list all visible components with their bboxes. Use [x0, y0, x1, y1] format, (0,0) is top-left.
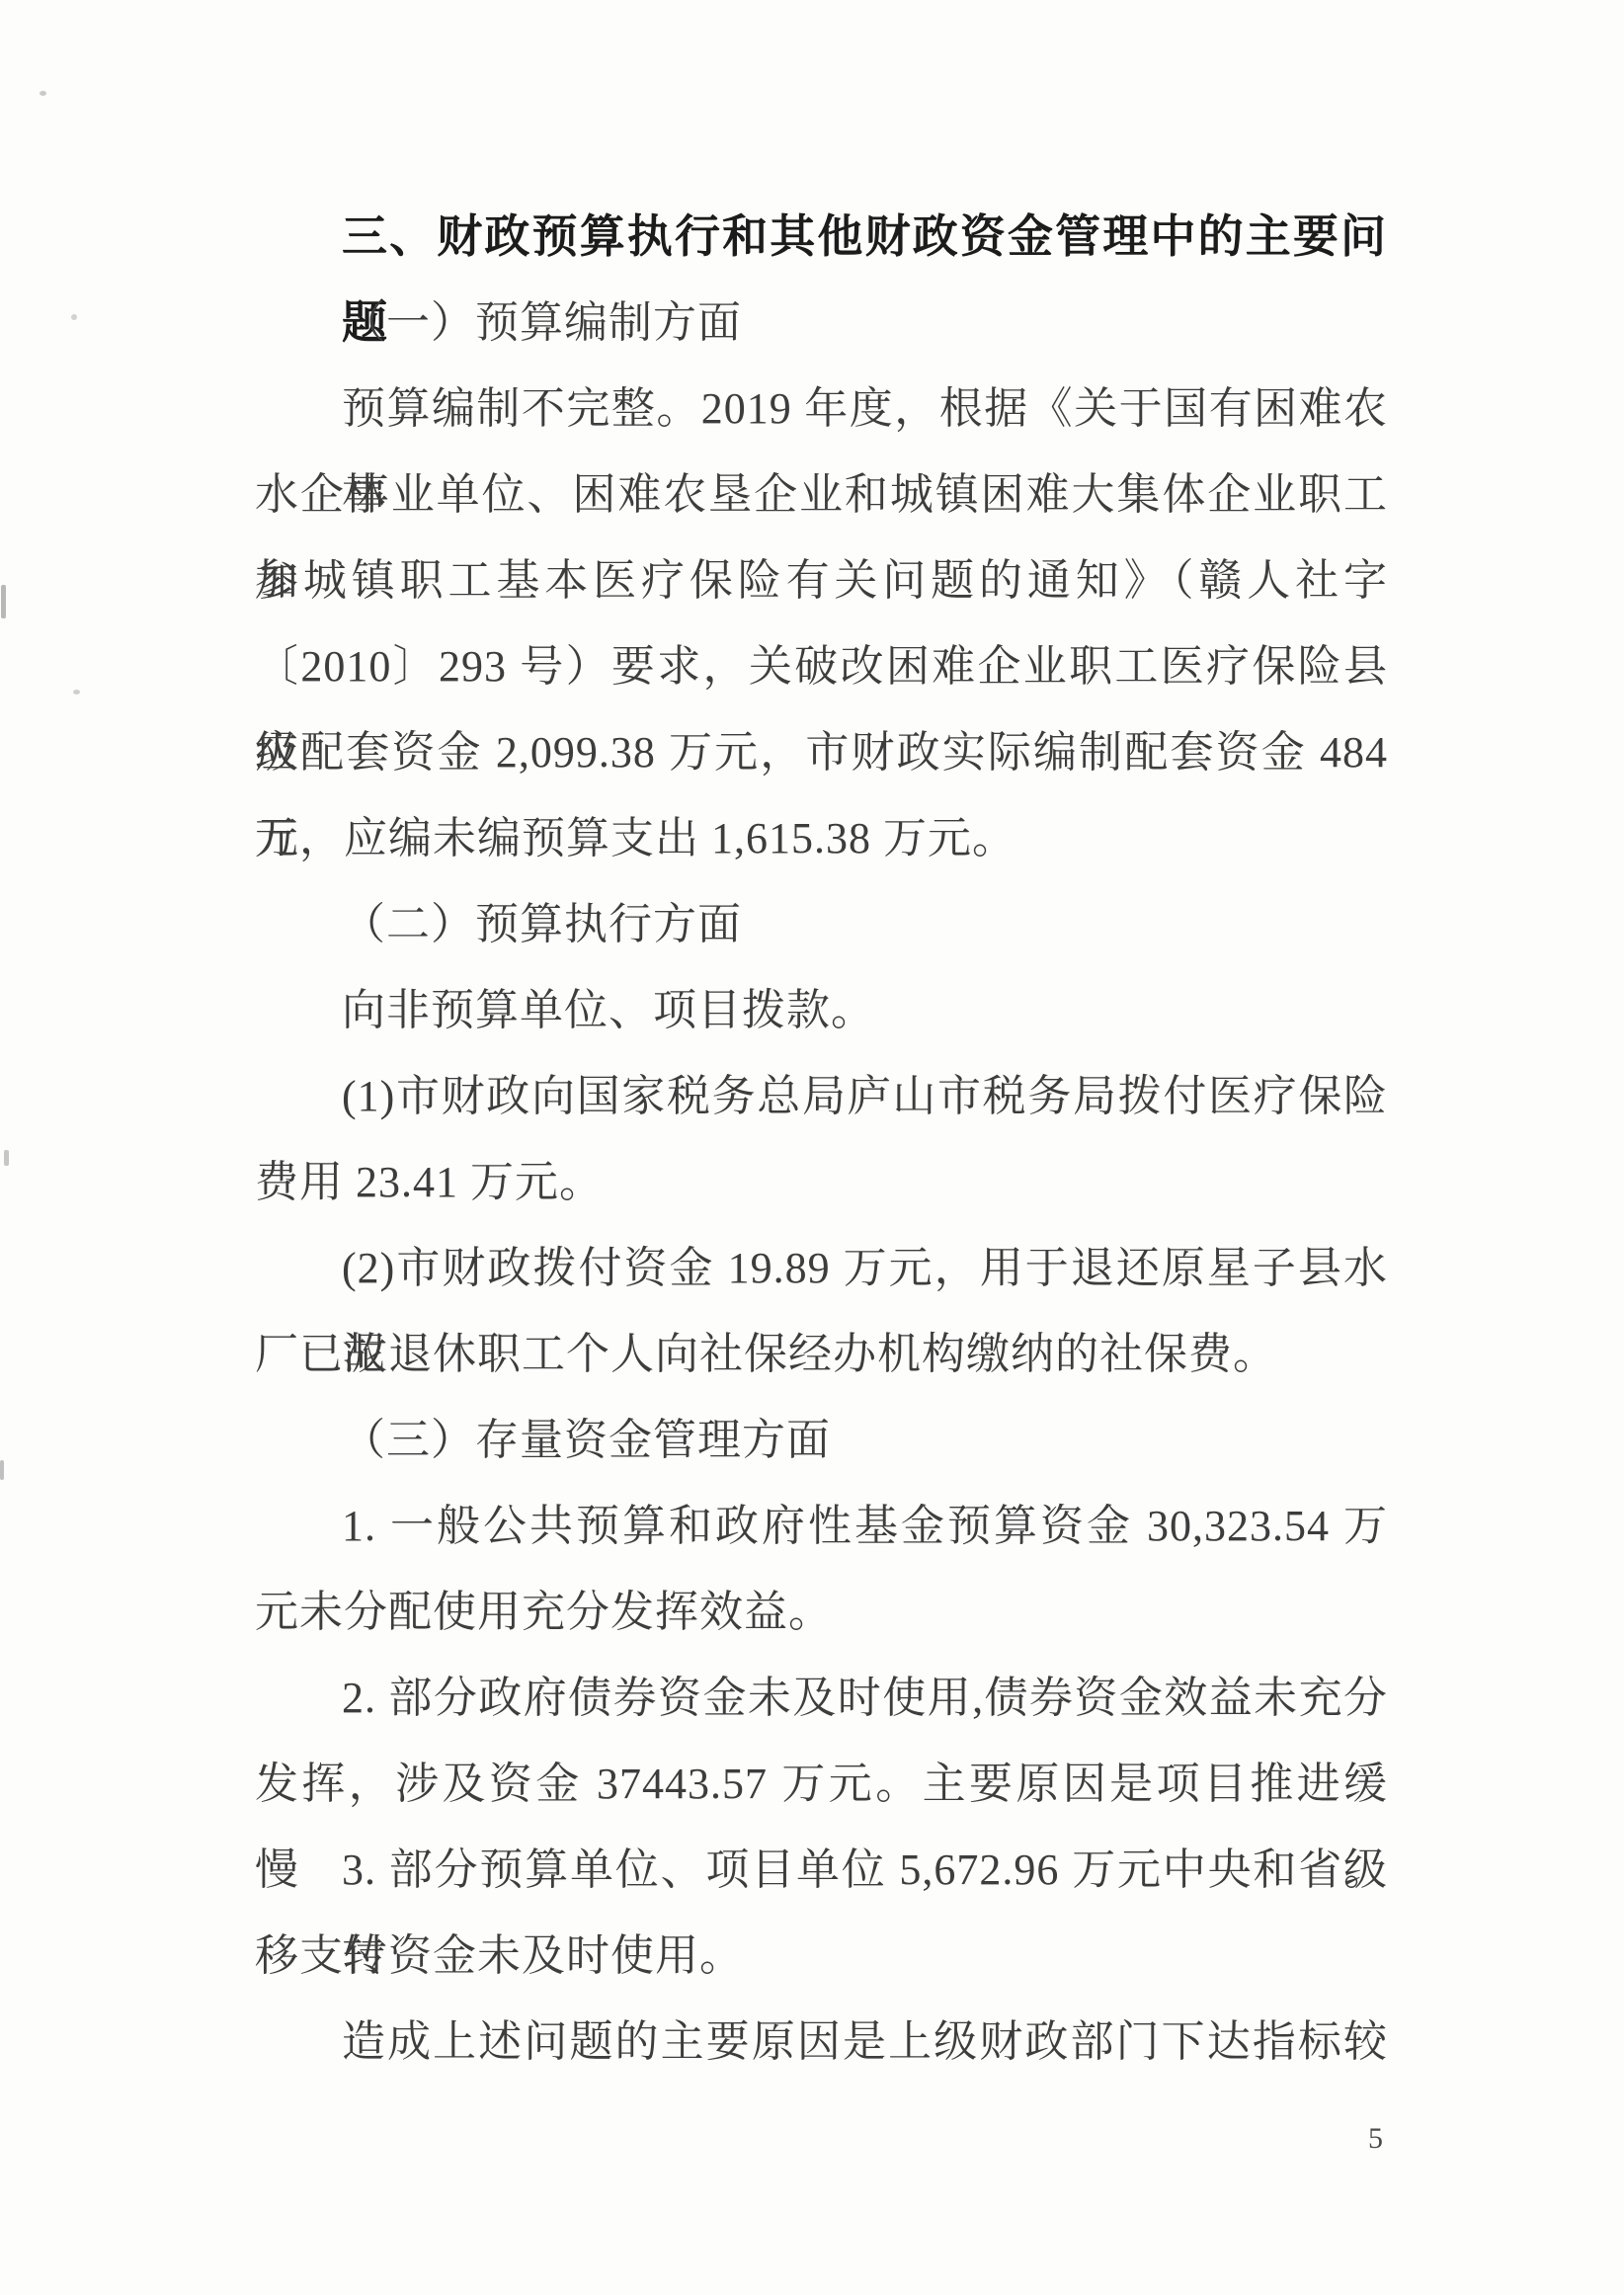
- paragraph-line: 预算编制不完整。2019 年度，根据《关于国有困难农林: [255, 366, 1388, 451]
- paragraph-line: 元未分配使用充分发挥效益。: [255, 1569, 1388, 1655]
- scan-artifact: [40, 91, 46, 96]
- paragraph-line: 〔2010〕293 号）要求，关破改困难企业职工医疗保险县级: [255, 623, 1388, 709]
- subsection-heading-budget-preparation: （一）预算编制方面: [255, 280, 1388, 366]
- scan-artifact: [0, 1460, 4, 1480]
- scan-artifact: [4, 1150, 9, 1166]
- paragraph-line: 应配套资金 2,099.38 万元，市财政实际编制配套资金 484 万: [255, 709, 1388, 795]
- paragraph-line: 水企事业单位、困难农垦企业和城镇困难大集体企业职工参: [255, 451, 1388, 537]
- document-body: 三、财政预算执行和其他财政资金管理中的主要问题 （一）预算编制方面 预算编制不完…: [255, 194, 1388, 2085]
- paragraph-line: 元，应编未编预算支出 1,615.38 万元。: [255, 795, 1388, 881]
- subsection-heading-budget-execution: （二）预算执行方面: [255, 881, 1388, 967]
- scan-artifact: [73, 690, 80, 695]
- paragraph-line: 向非预算单位、项目拨款。: [255, 967, 1388, 1053]
- paragraph-line: 厂已故退休职工个人向社保经办机构缴纳的社保费。: [255, 1311, 1388, 1397]
- section-heading: 三、财政预算执行和其他财政资金管理中的主要问题: [255, 194, 1388, 280]
- paragraph-line: 3. 部分预算单位、项目单位 5,672.96 万元中央和省级转: [255, 1827, 1388, 1913]
- paragraph-line: 发挥，涉及资金 37443.57 万元。主要原因是项目推进缓慢。: [255, 1741, 1388, 1827]
- page-number: 5: [1368, 2122, 1383, 2156]
- paragraph-line: 加城镇职工基本医疗保险有关问题的通知》（赣人社字: [255, 537, 1388, 623]
- paragraph-line: (1)市财政向国家税务总局庐山市税务局拨付医疗保险: [255, 1053, 1388, 1139]
- scanned-document-page: 三、财政预算执行和其他财政资金管理中的主要问题 （一）预算编制方面 预算编制不完…: [0, 0, 1624, 2295]
- paragraph-line: 移支付资金未及时使用。: [255, 1913, 1388, 1999]
- paragraph-line: 2. 部分政府债券资金未及时使用,债券资金效益未充分: [255, 1655, 1388, 1741]
- scan-artifact: [1, 585, 6, 618]
- paragraph-line: (2)市财政拨付资金 19.89 万元，用于退还原星子县水泥: [255, 1225, 1388, 1311]
- paragraph-line: 1. 一般公共预算和政府性基金预算资金 30,323.54 万: [255, 1483, 1388, 1569]
- paragraph-line: 造成上述问题的主要原因是上级财政部门下达指标较: [255, 1999, 1388, 2085]
- paragraph-line: 费用 23.41 万元。: [255, 1139, 1388, 1225]
- scan-artifact: [71, 314, 77, 320]
- subsection-heading-fund-management: （三）存量资金管理方面: [255, 1397, 1388, 1483]
